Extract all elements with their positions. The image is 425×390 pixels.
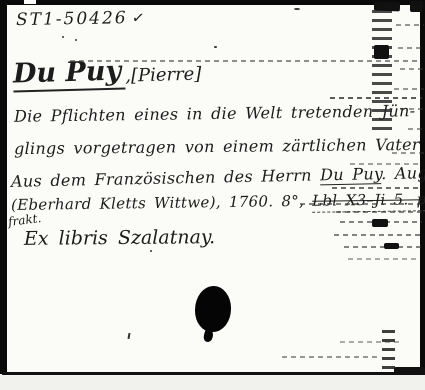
scan-artifact	[150, 250, 152, 252]
imprint-prefix: Aus dem Französischen des Herrn	[11, 165, 321, 190]
scan-artifact	[374, 2, 400, 12]
scan-artifact	[372, 219, 388, 227]
author-heading: Du Puy,[Pierre]	[13, 54, 202, 90]
script-note: frakt.	[7, 211, 42, 229]
scan-artifact	[384, 243, 399, 249]
scan-artifact	[382, 330, 395, 372]
card-left-edge	[0, 0, 7, 374]
scan-artifact	[344, 246, 422, 248]
scan-artifact	[300, 203, 420, 205]
top-edge-gap	[24, 0, 36, 4]
card-top-edge	[0, 0, 425, 5]
scan-artifact	[332, 187, 422, 189]
imprint-author-name: Du Puy	[320, 164, 381, 185]
scan-artifact	[70, 60, 420, 62]
scan-artifact	[350, 163, 420, 165]
publisher-year: (Eberhard Kletts Wittwe), 1760. 8°,	[11, 192, 312, 214]
struck-shelfmark: Lbl X3–Ji 5. pk.	[312, 190, 425, 213]
scan-artifact	[75, 39, 77, 41]
scan-artifact	[394, 367, 425, 374]
scan-artifact	[392, 152, 424, 154]
scan-artifact	[410, 1, 423, 12]
call-number: ST1-50426✓	[16, 8, 147, 30]
imprint-place: . Augsburg	[381, 162, 425, 183]
scan-artifact	[396, 24, 424, 26]
scan-artifact	[400, 68, 424, 70]
author-forename: ,[Pierre]	[125, 64, 202, 87]
scan-artifact	[400, 108, 424, 110]
catalog-card-scan: ST1-50426✓ Du Puy,[Pierre] Die Pflichten…	[0, 0, 425, 390]
scan-artifact	[394, 88, 424, 90]
call-number-text: ST1-50426	[16, 8, 128, 30]
scan-artifact	[127, 333, 130, 339]
ink-blob	[195, 286, 231, 332]
area-below-card	[0, 375, 425, 390]
scan-artifact	[348, 258, 418, 260]
scan-artifact	[408, 128, 424, 130]
scan-artifact	[294, 8, 300, 10]
exlibris-note: Ex libris Szalatnay.	[24, 226, 215, 250]
scan-artifact	[340, 341, 400, 343]
scan-artifact	[214, 46, 217, 48]
scan-artifact	[398, 47, 424, 49]
scan-artifact	[374, 45, 389, 59]
scan-artifact	[62, 36, 64, 38]
checkmark-icon: ✓	[131, 8, 148, 28]
title-line-1: Die Pflichten eines in die Welt tretende…	[14, 101, 416, 126]
title-line-2: glings vorgetragen von einem zärtlichen …	[14, 135, 420, 158]
scan-artifact	[372, 10, 392, 130]
scan-artifact	[282, 356, 377, 358]
scan-artifact	[336, 211, 422, 213]
scan-artifact	[334, 234, 422, 236]
